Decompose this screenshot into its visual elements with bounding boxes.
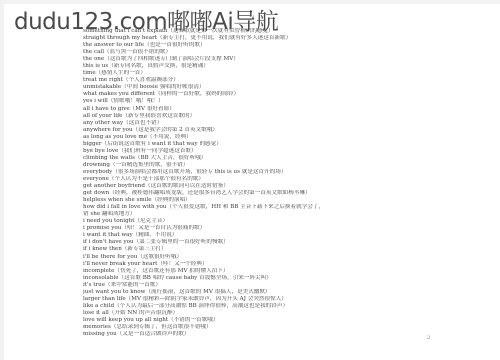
list-item: all of your life（新专里我很喜欢这首歌的） bbox=[83, 113, 493, 120]
list-item: helpless when she smile（经典的演唱） bbox=[83, 197, 493, 204]
list-item: i'll never break your heart（哇！又一个经典） bbox=[83, 261, 493, 268]
list-item: just want you to know（流行摇滚，这首歌的 MV 很搞人，是… bbox=[83, 289, 493, 296]
list-item: larger than life（MV 很精彩—除阴学家未敢铃声，因为开头 AJ… bbox=[83, 296, 493, 303]
list-item: i want it that way（精曲，不用说） bbox=[83, 232, 493, 239]
list-item: inconsolable（这首歌 BB 唱的 cause baby 首震憾全场，… bbox=[83, 275, 493, 282]
list-item: unmistakable（中间 boosie 强唱的好帐很清） bbox=[83, 84, 493, 91]
list-item: straight through my heart（新专主打，更不用说，我们就有… bbox=[83, 35, 493, 42]
list-item: climbing the walls（BB 大人主音，很好听哦） bbox=[83, 155, 493, 162]
list-item: the answer to our life（也是一首很好听的歌） bbox=[83, 42, 493, 49]
list-item: missing you（又是一首适合做铃声的歌） bbox=[83, 331, 493, 338]
list-item: bigger（后街说这首歌有 i want it that way 的感觉） bbox=[83, 141, 493, 148]
list-item: as long as you love me（不用说，经典） bbox=[83, 134, 493, 141]
list-item: drowning（一首精选集里的歌，很不错） bbox=[83, 162, 493, 169]
list-item: how did i fall in love with you（个人很爱这歌，H… bbox=[83, 204, 493, 211]
list-item: incomplete（伤死了，这首歌还有那 MV 拍的懂人泪下） bbox=[83, 268, 493, 275]
list-item: i'll be there for you（这歌很好听哦） bbox=[83, 254, 493, 261]
list-item: like a child（个人认为最后一部分高潮惊 BB 演绎得很棒，高潮这也是… bbox=[83, 303, 493, 310]
list-item-continuation: 错 she 翻唱成地方） bbox=[83, 211, 493, 218]
list-item: all i have to give（MV 很好看耶） bbox=[83, 106, 493, 113]
list-item: everyone（个人认为不是干部那个很有名的歌） bbox=[83, 176, 493, 183]
list-item: get another boyfriend（这首歌的歌词可以在适时借鉴） bbox=[83, 183, 493, 190]
list-item: get down（经典，被桂德伟翻唱成龙版，还是很多台湾艺人学会的第一首英文歌如… bbox=[83, 190, 493, 197]
list-item: the call（蓝与黑一首很不错的歌） bbox=[83, 49, 493, 56]
list-item: the one（这首歌为了四相歌迷专门制了演唱会片段支撑 MV） bbox=[83, 56, 493, 63]
list-item: bye bye love（我们班有一同学超迷这首歌） bbox=[83, 148, 493, 155]
list-item: everybody（很多场演唱会都用这首歌开场，很轻专 this is us 就… bbox=[83, 169, 493, 176]
list-item: memories（总结录到专辑了，但这首歌很不错哦） bbox=[83, 324, 493, 331]
list-item: lose it all（开始 NN 的声音很沉醉） bbox=[83, 310, 493, 317]
list-item: anywhere for you（这是我学会的第 2 首英文歌哦） bbox=[83, 127, 493, 134]
list-item: i need you tonight（尼克主音） bbox=[83, 218, 493, 225]
list-item: it's true（来中常能的一首歌） bbox=[83, 282, 493, 289]
list-item: what makes you different（同样的一首好歌，我妈的闹铃） bbox=[83, 91, 493, 98]
list-item: time（感情人生的一首） bbox=[83, 70, 493, 77]
document-page: dudu123.com嘟嘟Ai导航 something that i can't… bbox=[4, 4, 500, 360]
page-number: 2 bbox=[427, 335, 430, 341]
list-item: yes i will（情歌哦！哦！哦！） bbox=[83, 98, 493, 105]
list-item: if i don't have you（第二张专辑里的一首很好听的慢歌） bbox=[83, 239, 493, 246]
list-item: if i knew then（新专第三主打） bbox=[83, 246, 493, 253]
list-item: love will keep you up all night（不错的一首歌哦） bbox=[83, 317, 493, 324]
list-item: this is us（新专同名歌，真假声交换，很是精魂） bbox=[83, 63, 493, 70]
watermark-overlay: dudu123.com嘟嘟Ai导航 bbox=[14, 8, 278, 36]
list-item: any other way（这首也不错） bbox=[83, 120, 493, 127]
list-item: treat me right（个人喜欢温婉部分） bbox=[83, 77, 493, 84]
list-item: i promise you（哈！又是一首自认为很痛的歌） bbox=[83, 225, 493, 232]
song-list: something that i can't explain（这首歌就是第一次就… bbox=[83, 28, 493, 338]
